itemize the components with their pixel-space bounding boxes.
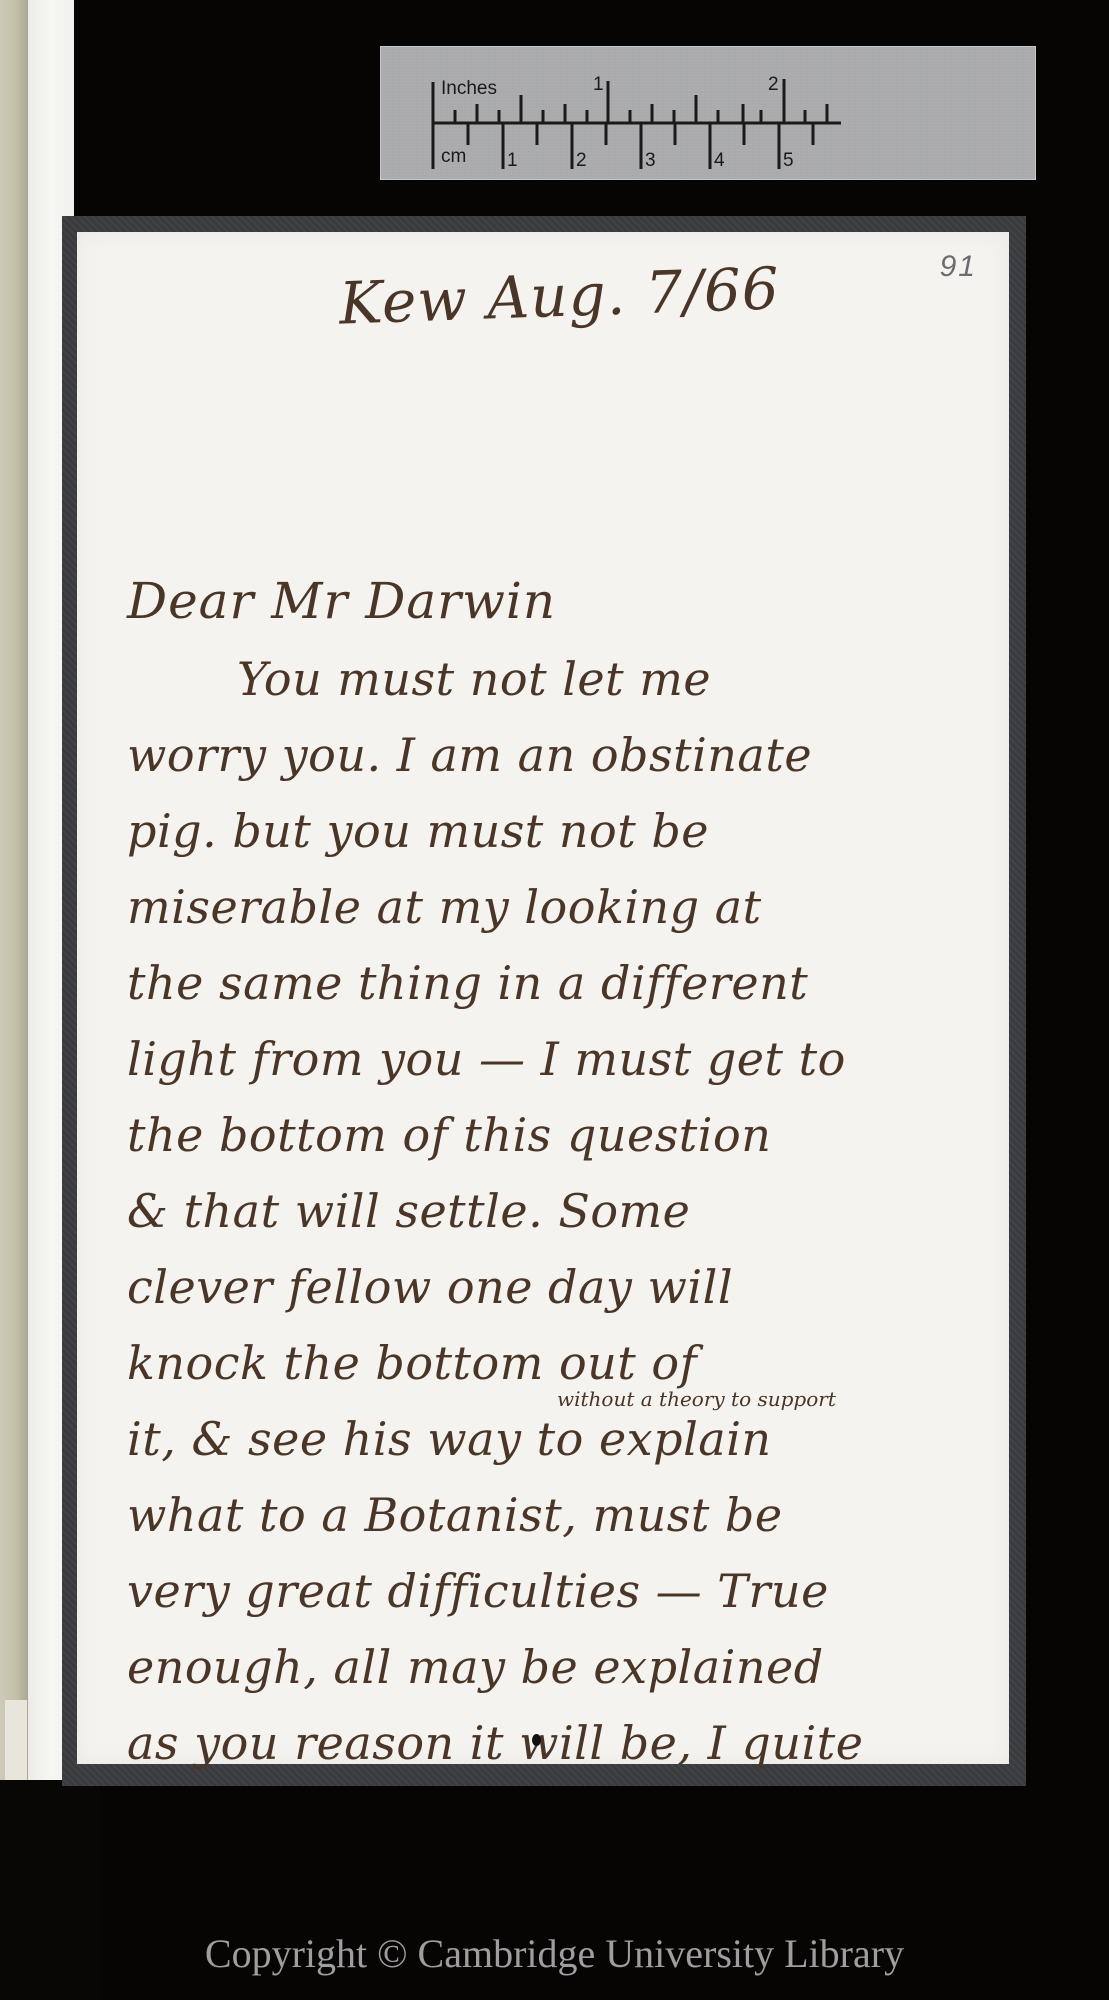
letter-dateline: Kew Aug. 7/66: [338, 254, 781, 337]
inch-mark-2: 2: [768, 75, 779, 94]
letter-page: 91 Kew Aug. 7/66 Dear Mr Darwin You must…: [77, 232, 1009, 1764]
letter-line: You must not let me: [127, 652, 997, 728]
measurement-scale: Inches cm 1 2 1 2 3 4 5: [380, 46, 1036, 180]
inches-label: Inches: [441, 79, 497, 98]
book-spine-edge: [0, 0, 28, 1780]
letter-line: the same thing in a different: [127, 956, 997, 1032]
letter-body: You must not let me worry you. I am an o…: [127, 652, 997, 1792]
book-page-edge-lower: [5, 1700, 27, 1780]
letter-line: pig. but you must not be: [127, 804, 997, 880]
cm-mark-2: 2: [576, 151, 587, 170]
letter-line: as you reason it will be, I quite: [127, 1716, 997, 1792]
letter-line: clever fellow one day will: [127, 1260, 997, 1336]
letter-line: & that will settle. Some: [127, 1184, 997, 1260]
letter-line: enough, all may be explained: [127, 1640, 997, 1716]
cm-mark-3: 3: [645, 151, 656, 170]
letter-line: what to a Botanist, must be: [127, 1488, 997, 1564]
letter-line: the bottom of this question: [127, 1108, 997, 1184]
letter-salutation: Dear Mr Darwin: [127, 572, 556, 630]
letter-line: miserable at my looking at: [127, 880, 997, 956]
inch-mark-1: 1: [593, 75, 604, 94]
cm-label: cm: [441, 147, 466, 166]
folio-number: 91: [940, 250, 977, 284]
copyright-notice: Copyright © Cambridge University Library: [0, 1930, 1109, 1977]
letter-line: it, & see his way to explain: [127, 1412, 997, 1488]
letter-line: very great difficulties — True: [127, 1564, 997, 1640]
cm-mark-1: 1: [507, 151, 518, 170]
ink-blot: [532, 1734, 541, 1746]
interlinear-insertion: without a theory to support: [557, 1387, 836, 1411]
letter-line: light from you — I must get to: [127, 1032, 997, 1108]
ruler-ticks-icon: [381, 47, 1035, 179]
cm-mark-4: 4: [714, 151, 725, 170]
cm-mark-5: 5: [783, 151, 794, 170]
letter-line: worry you. I am an obstinate: [127, 728, 997, 804]
